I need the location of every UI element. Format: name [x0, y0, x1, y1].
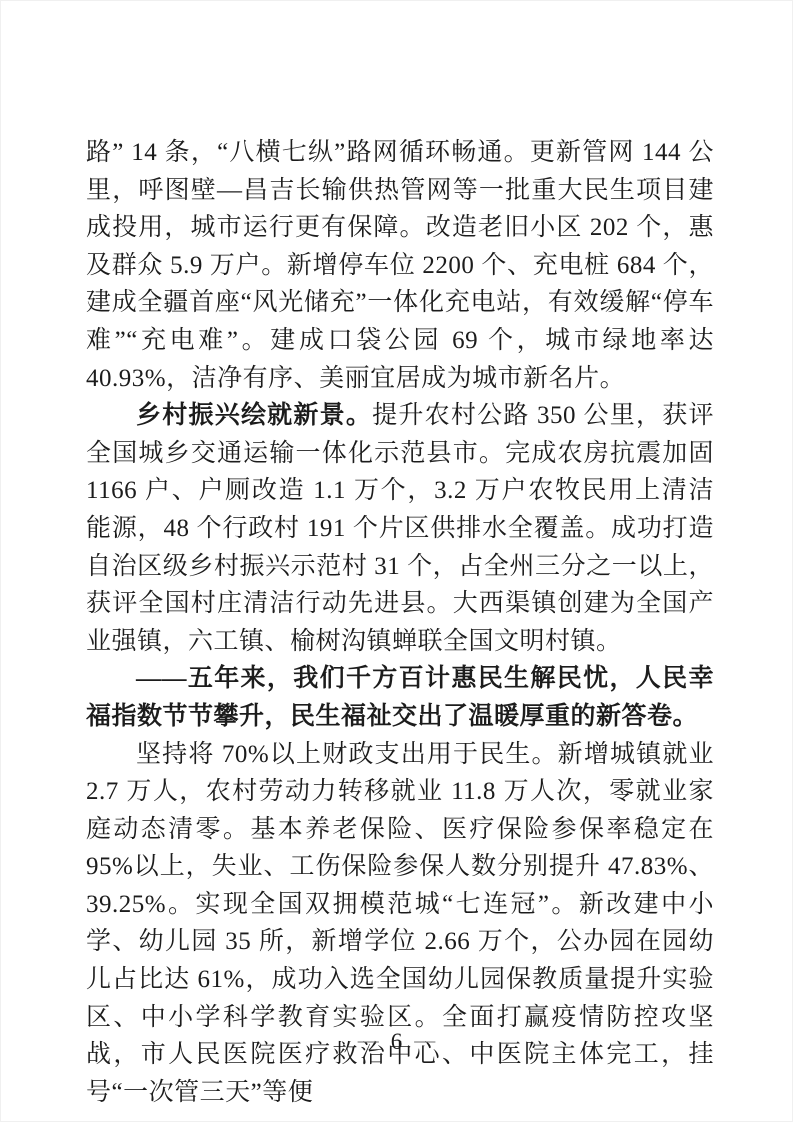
- document-page: 路” 14 条，“八横七纵”路网循环畅通。更新管网 144 公里，呼图壁—昌吉长…: [0, 0, 793, 1122]
- paragraph: ——五年来，我们千方百计惠民生解民忧，人民幸福指数节节攀升，民生福祉交出了温暖厚…: [86, 660, 714, 735]
- document-body: 路” 14 条，“八横七纵”路网循环畅通。更新管网 144 公里，呼图壁—昌吉长…: [86, 134, 714, 1111]
- paragraph: 乡村振兴绘就新景。提升农村公路 350 公里，获评全国城乡交通运输一体化示范县市…: [86, 397, 714, 660]
- paragraph: 路” 14 条，“八横七纵”路网循环畅通。更新管网 144 公里，呼图壁—昌吉长…: [86, 134, 714, 397]
- footer-right-dash: —: [414, 1028, 435, 1052]
- page-footer: —6—: [1, 1029, 792, 1055]
- page-number: 6: [391, 1029, 403, 1054]
- paragraph-lead: 乡村振兴绘就新景。: [136, 402, 372, 429]
- footer-left-dash: —: [358, 1028, 379, 1052]
- paragraph: 坚持将 70%以上财政支出用于民生。新增城镇就业 2.7 万人，农村劳动力转移就…: [86, 736, 714, 1112]
